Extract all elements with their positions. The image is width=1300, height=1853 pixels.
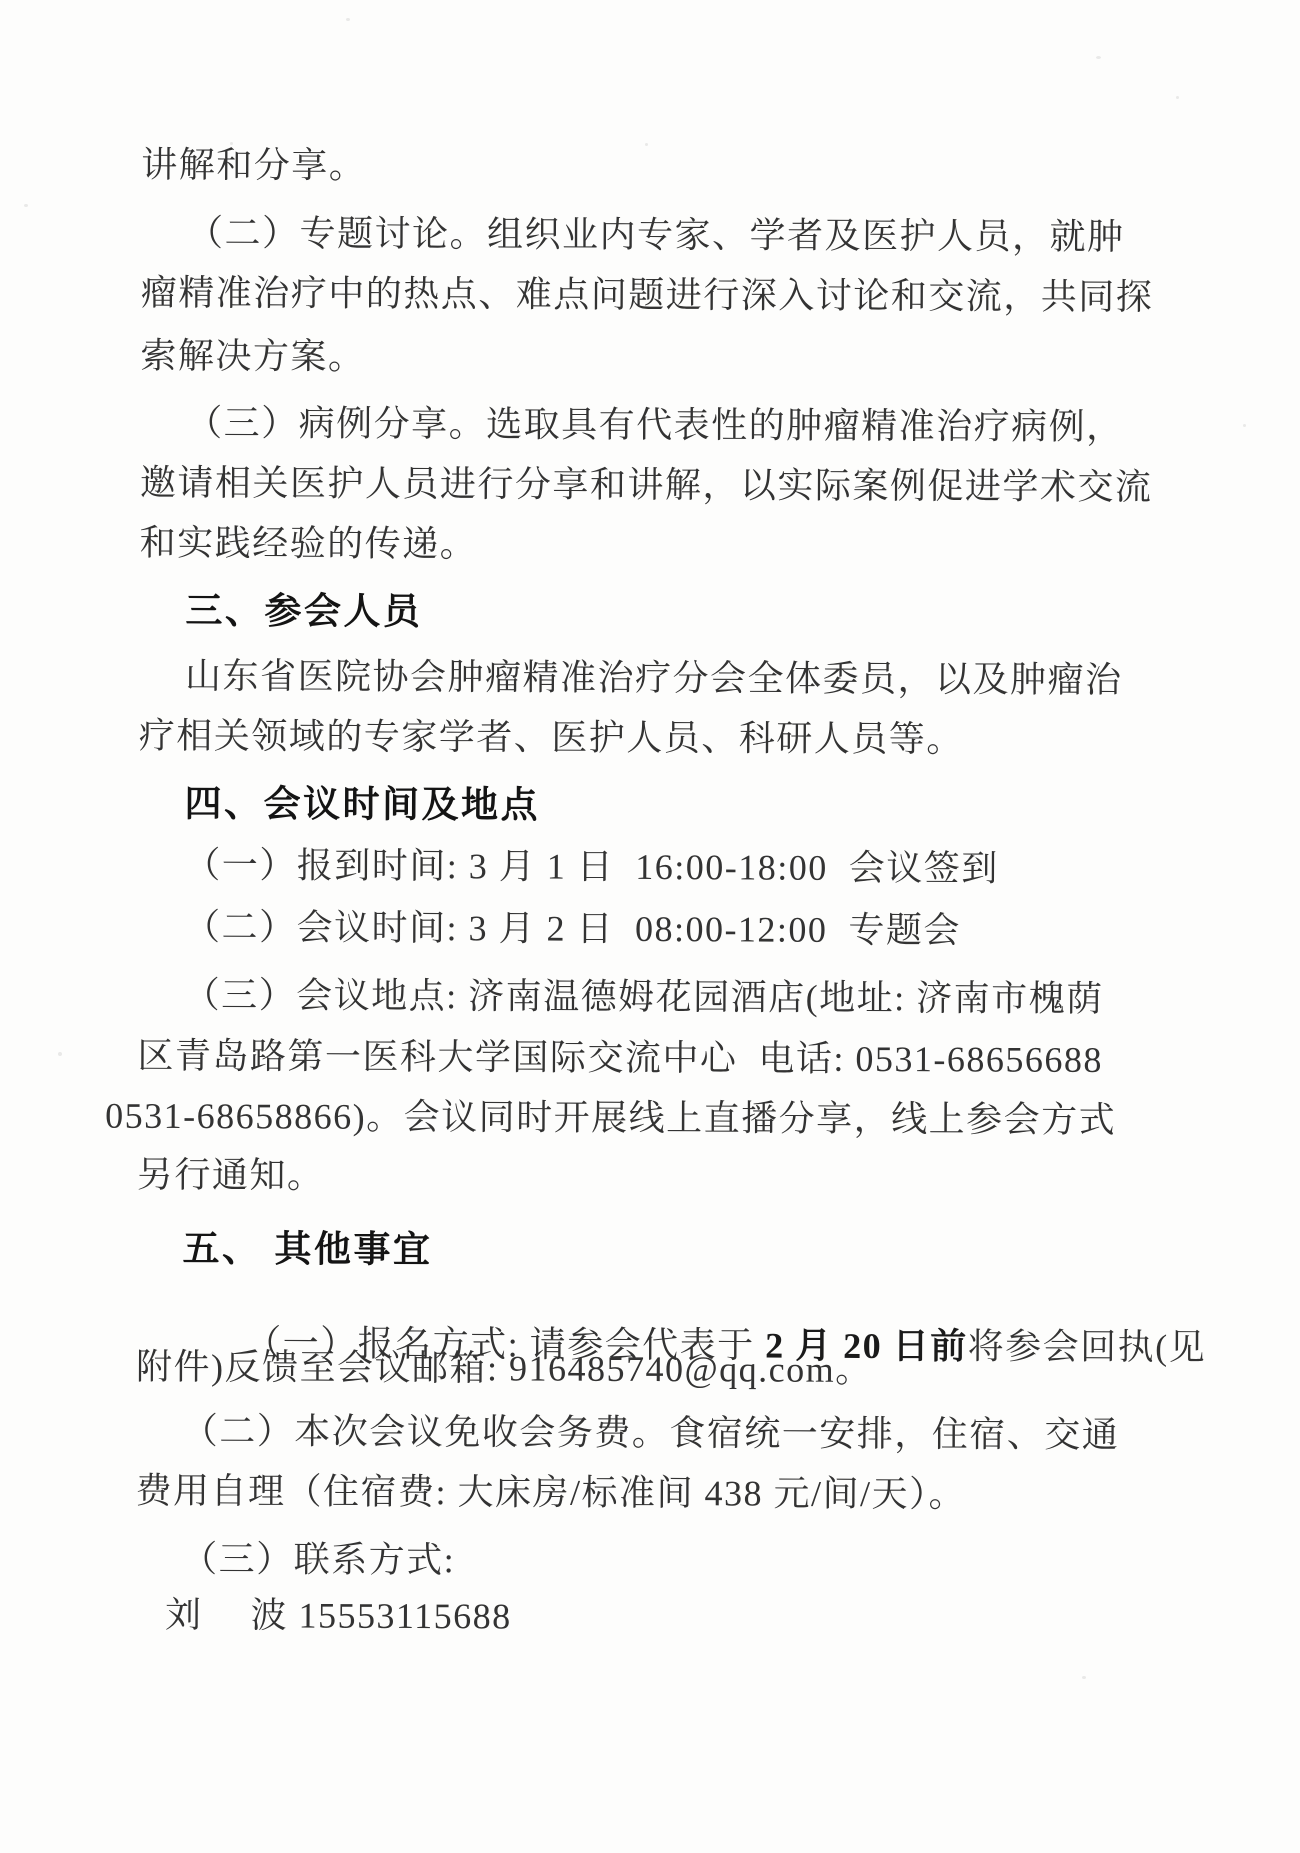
scanned-text-block: 讲解和分享。 （二）专题讨论。组织业内专家、学者及医护人员，就肿 瘤精准治疗中的… [0,0,1300,1853]
item-topic-discussion-line-3: 索解决方案。 [140,338,365,375]
participants-line-1: 山东省医院协会肿瘤精准治疗分会全体委员，以及肿瘤治 [139,658,1123,698]
meeting-place-line-4: 另行通知。 [137,1157,325,1194]
fees-line-1: （二）本次会议免收会务费。食宿统一安排，住宿、交通 [136,1413,1120,1453]
signup-method-line-2-email: 附件)反馈至会议邮箱: 916485740@qq.com。 [136,1349,873,1388]
meeting-place-line-1: （三）会议地点: 济南温德姆花园酒店(地址: 济南市槐荫 [138,977,1104,1017]
item-topic-discussion-line-2: 瘤精准治疗中的热点、难点问题进行深入讨论和交流，共同探 [141,275,1154,315]
heading-section-3-participants: 三、参会人员 [139,592,422,630]
item-case-sharing-line-3: 和实践经验的传递。 [140,525,478,562]
fees-line-2: 费用自理（住宿费: 大床房/标准间 438 元/间/天）。 [135,1473,966,1513]
contact-person-phone: 刘 波 15553115688 [135,1597,512,1635]
item-case-sharing-line-2: 邀请相关医护人员进行分享和讲解，以实际案例促进学术交流 [140,465,1153,505]
meeting-time-line: （二）会议时间: 3 月 2 日 08:00-12:00 专题会 [138,909,961,949]
meeting-place-line-2: 区青岛路第一医科大学国际交流中心 电话: 0531-68656688 [137,1038,1103,1078]
item-case-sharing-line-1: （三）病例分享。选取具有代表性的肿瘤精准治疗病例， [140,405,1124,445]
meeting-place-line-3: 0531-68658866)。会议同时开展线上直播分享，线上参会方式 [105,1098,1116,1138]
participants-line-2: 疗相关领域的专家学者、医护人员、科研人员等。 [139,718,964,758]
registration-time-line: （一）报到时间: 3 月 1 日 16:00-18:00 会议签到 [138,847,999,887]
document-page: 讲解和分享。 （二）专题讨论。组织业内专家、学者及医护人员，就肿 瘤精准治疗中的… [0,0,1300,1853]
item-topic-discussion-line-1: （二）专题讨论。组织业内专家、学者及医护人员，就肿 [141,215,1125,255]
heading-section-4-time-place: 四、会议时间及地点 [138,785,540,824]
paragraph-continuation: 讲解和分享。 [141,147,366,184]
signup-text-regular-2: 将参会回执(见 [968,1326,1207,1367]
heading-section-5-other: 五、 其他事宜 [137,1230,433,1268]
contact-method-label: （三）联系方式: [135,1541,455,1578]
